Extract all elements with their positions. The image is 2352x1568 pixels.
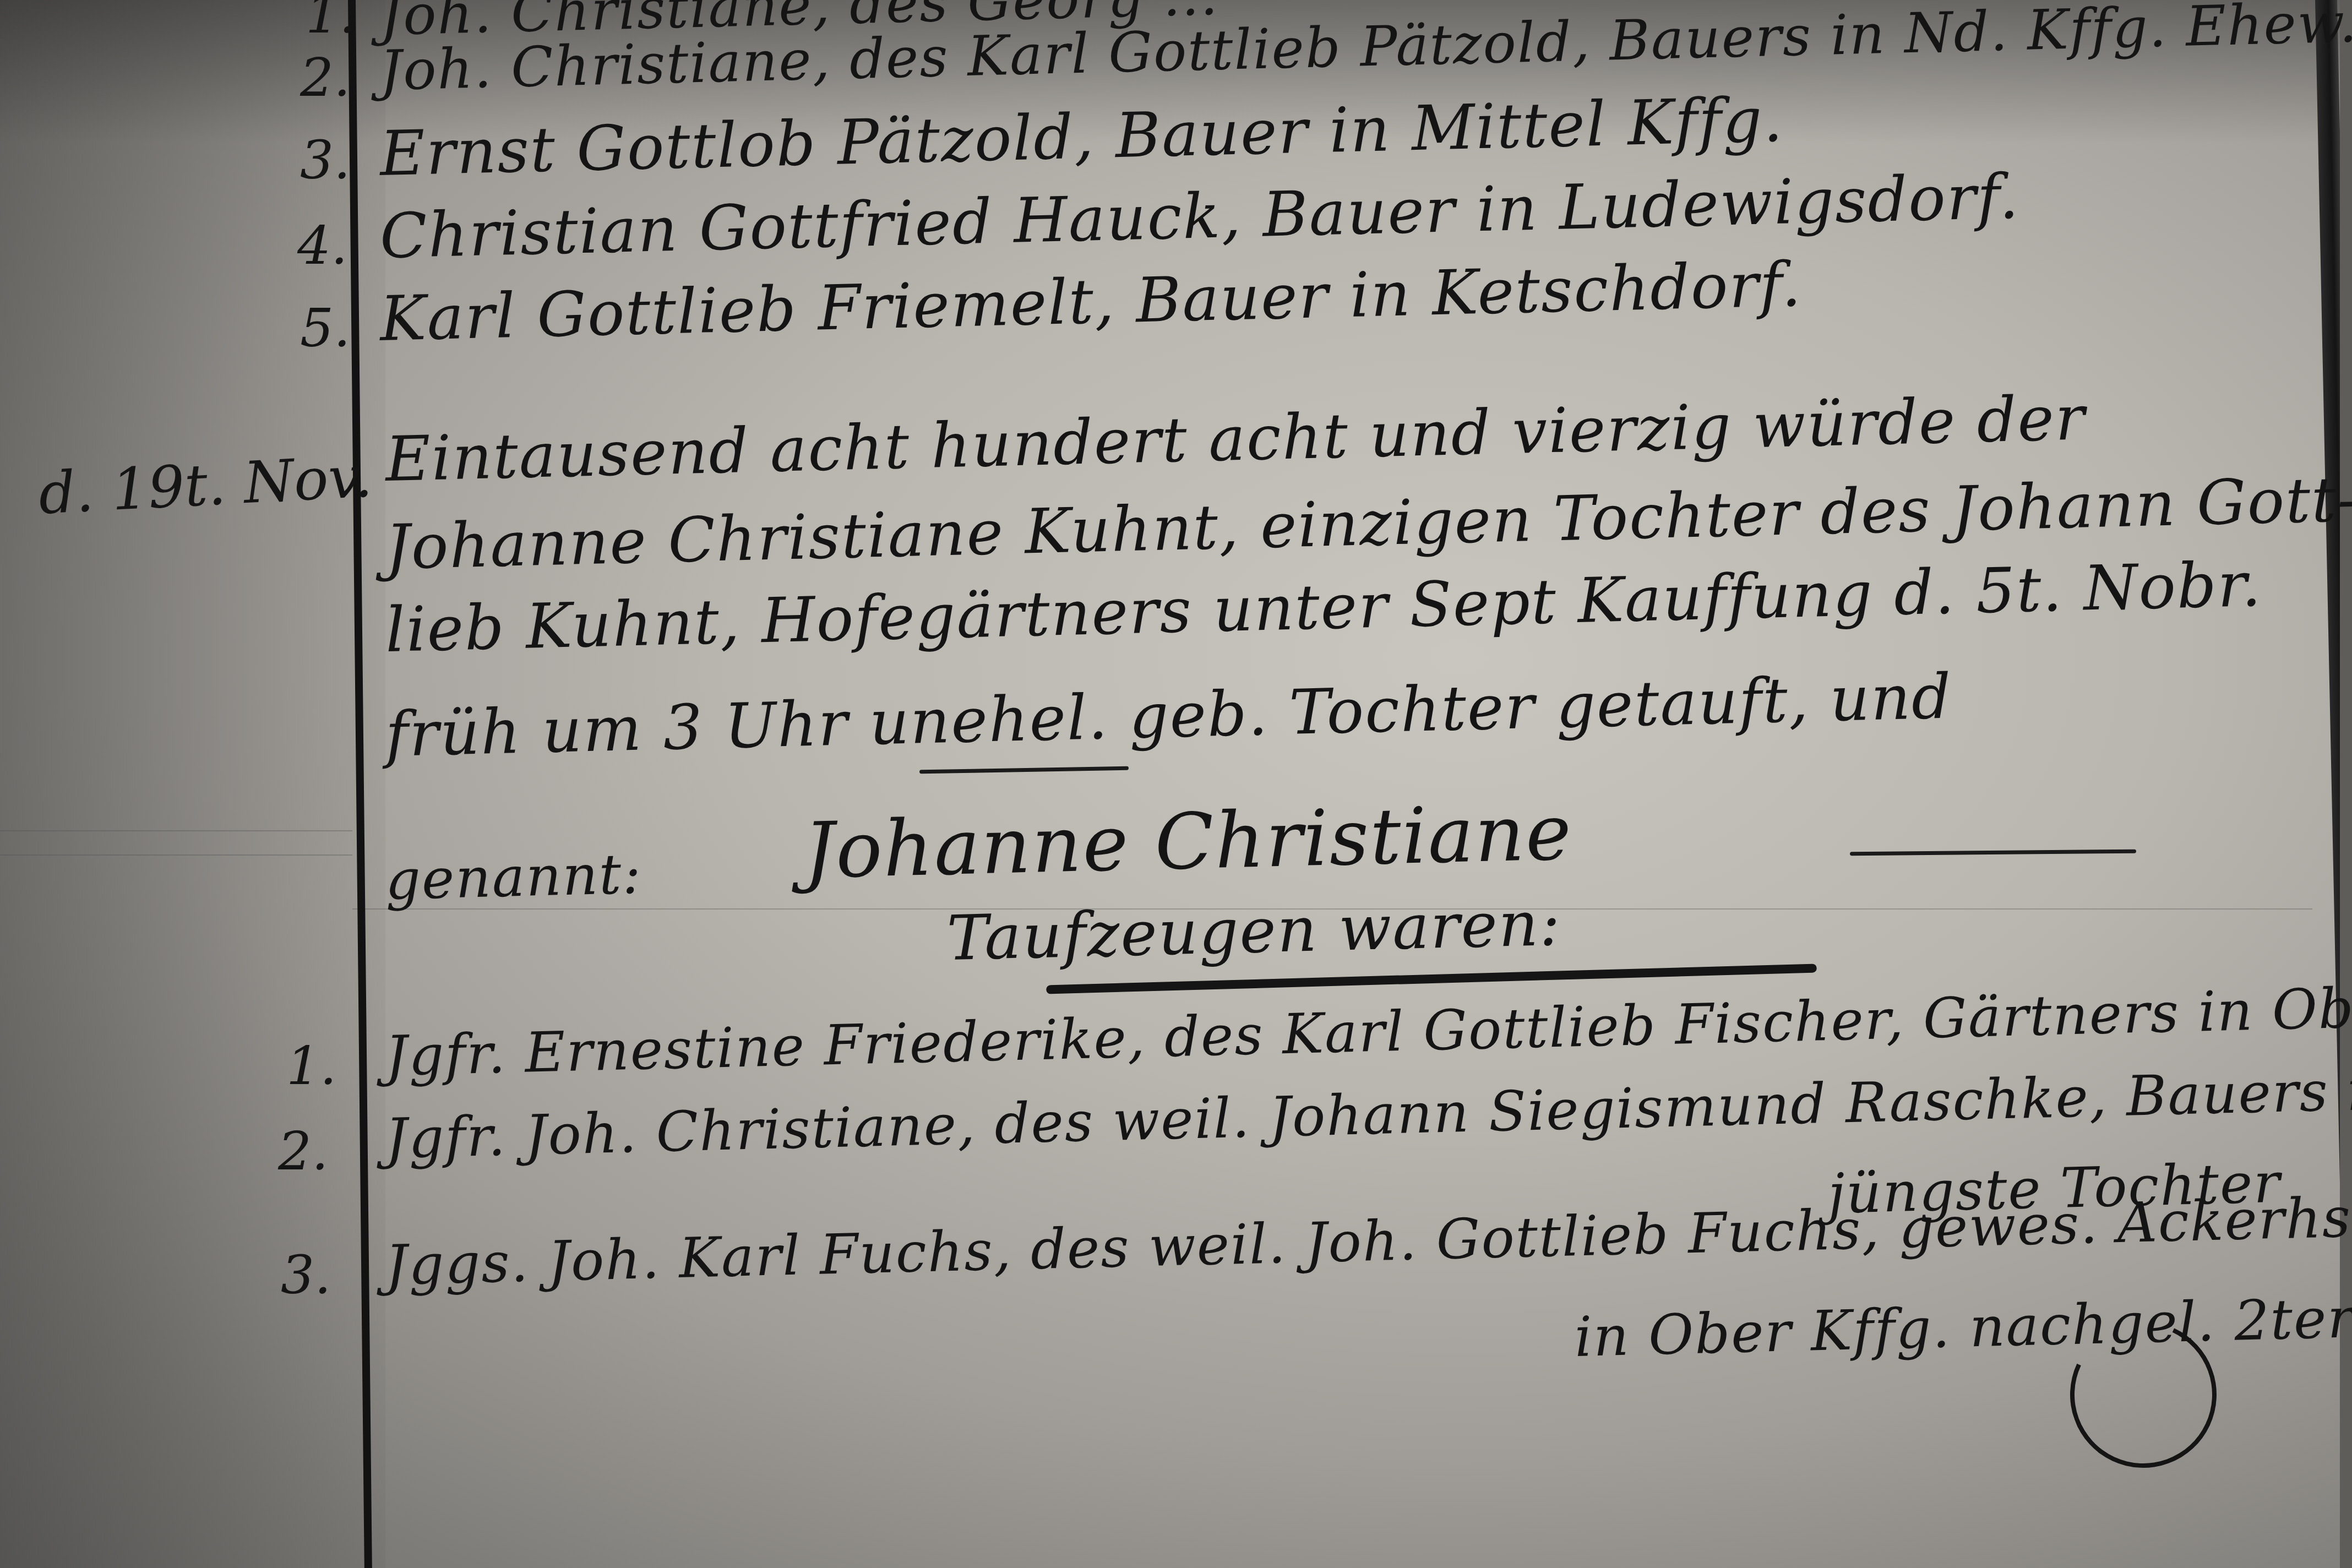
list-number: 4. (297, 215, 348, 276)
list-number: 1. (286, 1035, 337, 1097)
ruled-line (0, 854, 352, 856)
list-number: 2. (278, 1120, 329, 1182)
sponsors-heading: Taufzeugen waren: (946, 888, 1562, 974)
entry-line: genannt: (385, 842, 643, 912)
baptized-name: Johanne Christiane (803, 788, 1574, 896)
list-number: 1. (306, 0, 356, 45)
ruled-line (0, 830, 352, 831)
list-number: 3. (281, 1244, 331, 1306)
list-number: 5. (300, 297, 351, 359)
list-number: 2. (300, 47, 351, 108)
list-number: 3. (300, 129, 351, 191)
